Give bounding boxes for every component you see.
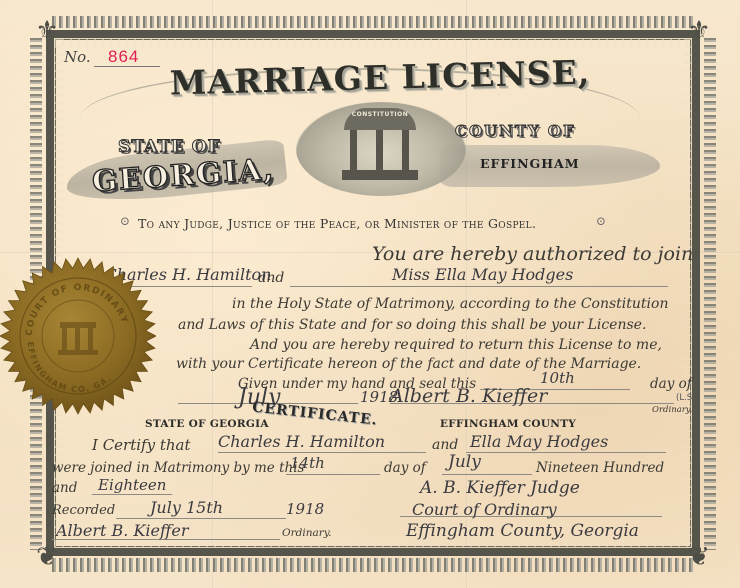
ornament-icon: ⊙ bbox=[596, 214, 606, 228]
fleur-de-lis-icon: ⚜ bbox=[32, 16, 62, 46]
joined-text: were joined in Matrimony by me this bbox=[52, 460, 304, 476]
seal-motto: CONSTITUTION bbox=[340, 111, 420, 118]
certificate-county-label: EFFINGHAM COUNTY bbox=[440, 418, 576, 430]
license-number-label: No. bbox=[64, 48, 91, 66]
authorization-text: You are hereby authorized to join bbox=[372, 243, 693, 265]
license-body-line: in the Holy State of Matrimony, accordin… bbox=[232, 296, 668, 312]
border-fringe-right bbox=[704, 38, 716, 550]
state-of-label: STATE OF bbox=[118, 137, 221, 157]
and-label: and bbox=[52, 480, 77, 496]
county-of-label: COUNTY OF bbox=[455, 122, 576, 140]
fleur-de-lis-icon: ⚜ bbox=[684, 16, 714, 46]
license-body-line: And you are hereby required to return th… bbox=[250, 337, 662, 353]
officiant-county-line: Effingham County, Georgia bbox=[406, 521, 639, 541]
nineteen-hundred-text: Nineteen Hundred bbox=[536, 460, 664, 476]
certificate-day-of: day of bbox=[384, 460, 426, 476]
ls-mark: (L.S.) bbox=[676, 393, 698, 403]
recording-ordinary-signature: Albert B. Kieffer bbox=[56, 521, 188, 540]
officiant-signature-line: A. B. Kieffer Judge bbox=[420, 478, 580, 498]
gold-court-seal: COURT OF ORDINARY EFFINGHAM CO. GA. bbox=[0, 252, 156, 416]
bride-name: Miss Ella May Hodges bbox=[392, 265, 573, 284]
and-label: and bbox=[258, 270, 284, 286]
certify-text: I Certify that bbox=[92, 436, 191, 454]
county-name: EFFINGHAM bbox=[480, 156, 580, 171]
license-body-line: and Laws of this State and for so doing … bbox=[178, 317, 646, 333]
recorded-date: July 15th bbox=[150, 498, 223, 517]
recording-ordinary-label: Ordinary. bbox=[282, 527, 332, 539]
georgia-arch-icon: CONSTITUTION bbox=[340, 108, 420, 182]
certificate-and-label: and bbox=[432, 437, 458, 453]
recorded-label: Recorded bbox=[52, 503, 115, 518]
officiant-court-line: Court of Ordinary bbox=[412, 500, 557, 519]
ordinary-signature: Albert B. Kieffer bbox=[390, 385, 547, 407]
certificate-bride-name: Ella May Hodges bbox=[470, 432, 608, 451]
ordinary-label: Ordinary. bbox=[652, 405, 692, 415]
certificate-month: July bbox=[448, 452, 481, 472]
addressee-line: To any Judge, Justice of the Peace, or M… bbox=[138, 216, 536, 231]
day-of-label: day of bbox=[650, 376, 692, 392]
scroll-corner-icon: ❦ bbox=[32, 542, 62, 572]
recorded-year: 1918 bbox=[286, 500, 324, 518]
certificate-day: 14th bbox=[290, 454, 325, 472]
certificate-year-word: Eighteen bbox=[98, 476, 166, 494]
ornament-icon: ⊙ bbox=[120, 214, 130, 228]
scroll-corner-icon: ❦ bbox=[684, 542, 714, 572]
certificate-groom-name: Charles H. Hamilton bbox=[218, 432, 385, 451]
certificate-state-label: STATE OF GEORGIA bbox=[145, 418, 269, 430]
border-fringe-bottom bbox=[52, 558, 694, 572]
border-fringe-top bbox=[52, 16, 694, 28]
